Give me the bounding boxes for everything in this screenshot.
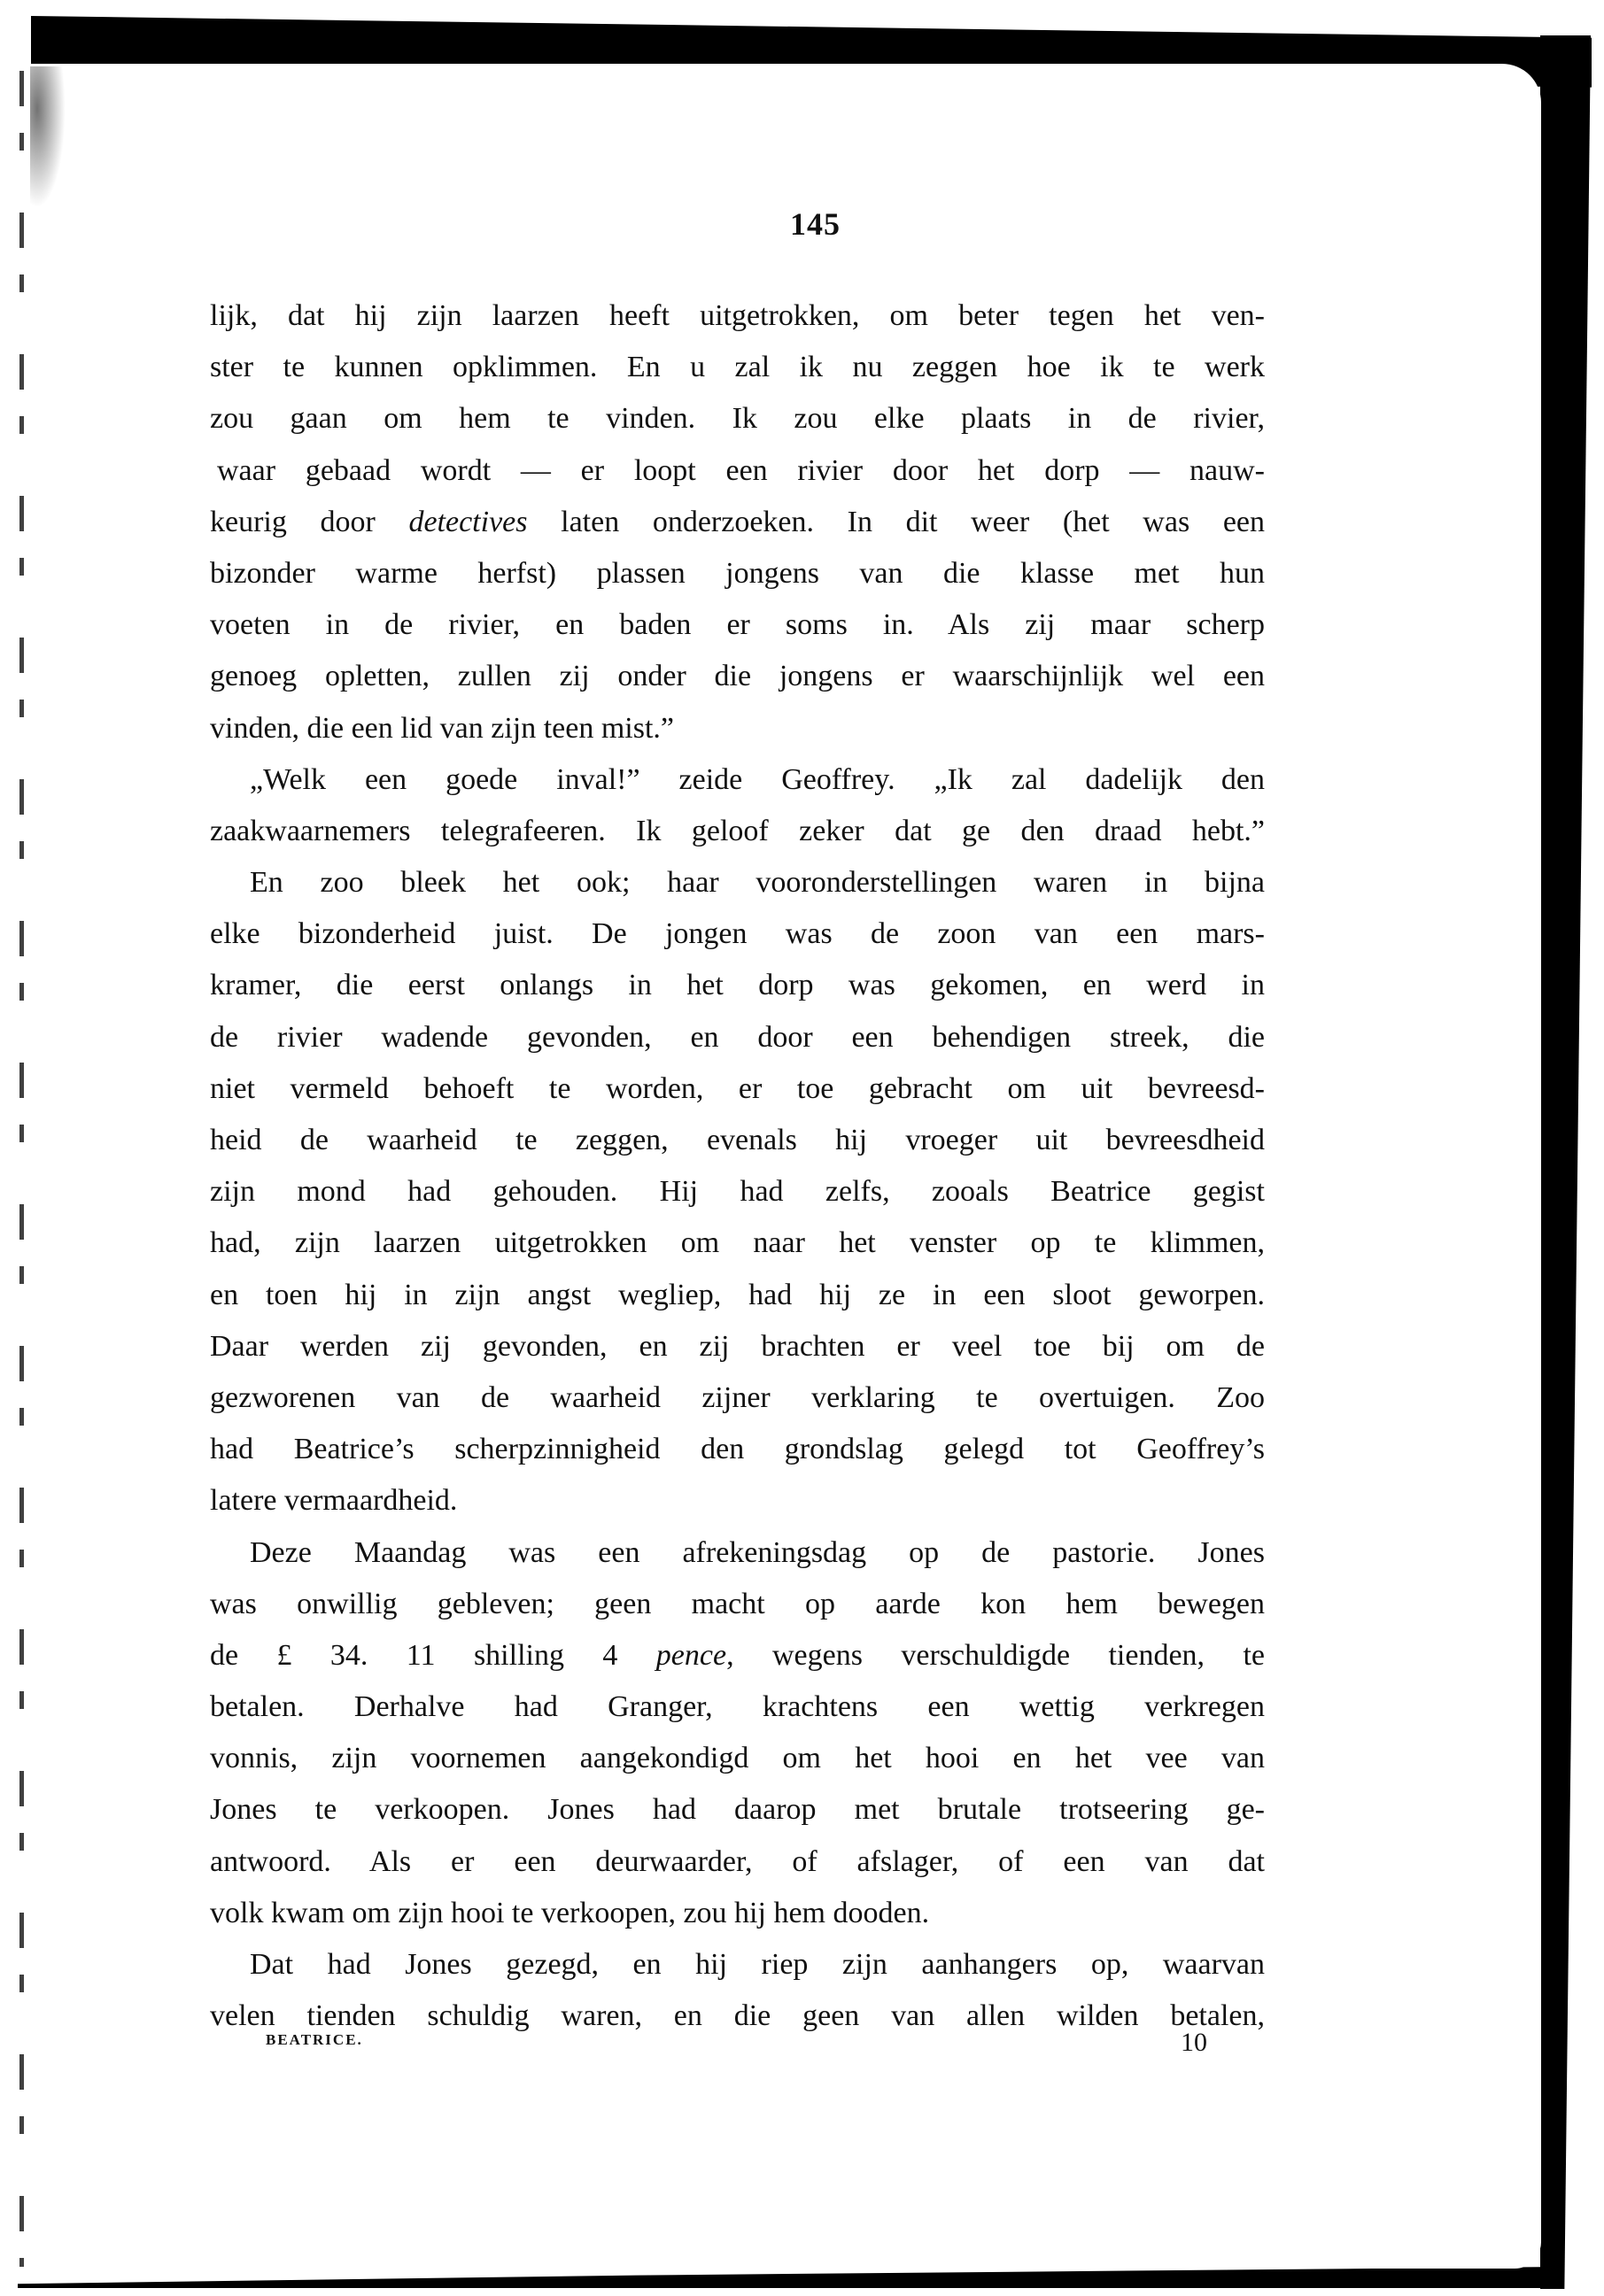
text-line: de rivier wadende gevonden, en door een … — [210, 1012, 1265, 1063]
text-segment: niet vermeld behoeft te worden, er toe g… — [210, 1072, 1265, 1105]
text-segment: zaakwaarnemers telegrafeeren. Ik geloof … — [210, 815, 1265, 847]
text-line: heid de waarheid te zeggen, evenals hij … — [210, 1115, 1265, 1166]
scan-border-right — [1540, 35, 1591, 2289]
text-segment: genoeg opletten, zullen zij onder die jo… — [210, 660, 1265, 692]
text-segment: gezworenen van de waarheid zijner verkla… — [210, 1381, 1265, 1414]
text-segment: en toen hij in zijn angst wegliep, had h… — [210, 1279, 1265, 1311]
scan-smudge — [30, 66, 66, 208]
text-segment: Daar werden zij gevonden, en zij brachte… — [210, 1330, 1265, 1363]
text-line: kramer, die eerst onlangs in het dorp wa… — [210, 960, 1265, 1011]
text-line: ster te kunnen opklimmen. En u zal ik nu… — [210, 342, 1265, 393]
text-segment: zijn mond had gehouden. Hij had zelfs, z… — [210, 1175, 1265, 1208]
text-segment: vinden, die een lid van zijn teen mist.” — [210, 712, 674, 745]
text-line: had, zijn laarzen uitgetrokken om naar h… — [210, 1218, 1265, 1269]
text-line: zaakwaarnemers telegrafeeren. Ik geloof … — [210, 806, 1265, 857]
text-segment: had Beatrice’s scherpzinnigheid den gron… — [210, 1433, 1265, 1465]
italic-word: pence — [656, 1639, 726, 1672]
text-line: latere vermaardheid. — [210, 1475, 1265, 1527]
text-segment: bizonder warme herfst) plassen jongens v… — [210, 557, 1265, 590]
text-segment: keurig door — [210, 506, 408, 538]
text-segment: latere vermaardheid. — [210, 1484, 457, 1517]
text-line: zijn mond had gehouden. Hij had zelfs, z… — [210, 1166, 1265, 1218]
text-line: en toen hij in zijn angst wegliep, had h… — [210, 1270, 1265, 1321]
text-segment: waar gebaad wordt — er loopt een rivier … — [217, 454, 1265, 487]
text-segment: kramer, die eerst onlangs in het dorp wa… — [210, 969, 1265, 1001]
text-line: bizonder warme herfst) plassen jongens v… — [210, 548, 1265, 599]
text-line: de £ 34. 11 shilling 4 pence, wegens ver… — [210, 1630, 1265, 1681]
text-line: voeten in de rivier, en baden er soms in… — [210, 599, 1265, 651]
text-segment: velen tienden schuldig waren, en die gee… — [210, 1999, 1265, 2032]
text-line: Jones te verkoopen. Jones had daarop met… — [210, 1784, 1265, 1836]
text-segment: En zoo bleek het ook; haar vooronderstel… — [250, 866, 1265, 899]
text-segment: elke bizonderheid juist. De jongen was d… — [210, 917, 1265, 950]
text-line: volk kwam om zijn hooi te verkoopen, zou… — [210, 1888, 1265, 1939]
text-line: betalen. Derhalve had Granger, krachtens… — [210, 1681, 1265, 1733]
text-line: zou gaan om hem te vinden. Ik zou elke p… — [210, 393, 1265, 445]
text-line: lijk, dat hij zijn laarzen heeft uitgetr… — [210, 290, 1265, 342]
footer-sheet-number: 10 — [1181, 2028, 1207, 2058]
text-line: niet vermeld behoeft te worden, er toe g… — [210, 1063, 1265, 1115]
footer-signature: BEATRICE. — [266, 2031, 363, 2049]
italic-word: detectives — [408, 506, 527, 538]
text-segment: laten onderzoeken. In dit weer (het was … — [527, 506, 1265, 538]
body-text: lijk, dat hij zijn laarzen heeft uitgetr… — [210, 290, 1265, 2042]
text-segment: de £ 34. 11 shilling 4 — [210, 1639, 656, 1672]
text-segment: betalen. Derhalve had Granger, krachtens… — [210, 1690, 1265, 1723]
text-line: gezworenen van de waarheid zijner verkla… — [210, 1372, 1265, 1424]
text-segment: Jones te verkoopen. Jones had daarop met… — [210, 1793, 1265, 1826]
text-line: keurig door detectives laten onderzoeken… — [210, 497, 1265, 548]
text-segment: zou gaan om hem te vinden. Ik zou elke p… — [210, 402, 1265, 435]
scan-border-left — [19, 71, 24, 2267]
text-line: waar gebaad wordt — er loopt een rivier … — [210, 445, 1265, 497]
text-segment: was onwillig gebleven; geen macht op aar… — [210, 1588, 1265, 1620]
text-line: En zoo bleek het ook; haar vooronderstel… — [210, 857, 1265, 908]
text-line: vonnis, zijn voornemen aangekondigd om h… — [210, 1733, 1265, 1784]
text-line: Dat had Jones gezegd, en hij riep zijn a… — [210, 1939, 1265, 1991]
text-line: Deze Maandag was een afrekeningsdag op d… — [210, 1527, 1265, 1579]
text-segment: antwoord. Als er een deurwaarder, of afs… — [210, 1845, 1265, 1878]
text-segment: voeten in de rivier, en baden er soms in… — [210, 608, 1265, 641]
text-line: had Beatrice’s scherpzinnigheid den gron… — [210, 1424, 1265, 1475]
text-line: vinden, die een lid van zijn teen mist.” — [210, 703, 1265, 754]
text-line: genoeg opletten, zullen zij onder die jo… — [210, 651, 1265, 702]
text-segment: de rivier wadende gevonden, en door een … — [210, 1021, 1265, 1054]
page-number: 145 — [0, 205, 1604, 243]
text-line: velen tienden schuldig waren, en die gee… — [210, 1991, 1265, 2042]
text-segment: Dat had Jones gezegd, en hij riep zijn a… — [250, 1948, 1265, 1981]
text-segment: lijk, dat hij zijn laarzen heeft uitgetr… — [210, 299, 1265, 332]
text-segment: „Welk een goede inval!” zeide Geoffrey. … — [250, 763, 1265, 796]
text-line: „Welk een goede inval!” zeide Geoffrey. … — [210, 754, 1265, 806]
text-segment: ster te kunnen opklimmen. En u zal ik nu… — [210, 351, 1265, 383]
text-segment: , wegens verschuldigde tienden, te — [726, 1639, 1265, 1672]
text-segment: heid de waarheid te zeggen, evenals hij … — [210, 1124, 1265, 1156]
text-line: antwoord. Als er een deurwaarder, of afs… — [210, 1836, 1265, 1888]
scan-border-bottom — [18, 2267, 1564, 2288]
text-line: was onwillig gebleven; geen macht op aar… — [210, 1579, 1265, 1630]
text-segment: volk kwam om zijn hooi te verkoopen, zou… — [210, 1897, 929, 1929]
text-segment: Deze Maandag was een afrekeningsdag op d… — [250, 1536, 1265, 1569]
text-segment: had, zijn laarzen uitgetrokken om naar h… — [210, 1226, 1265, 1259]
text-line: Daar werden zij gevonden, en zij brachte… — [210, 1321, 1265, 1372]
text-segment: vonnis, zijn voornemen aangekondigd om h… — [210, 1742, 1265, 1774]
text-line: elke bizonderheid juist. De jongen was d… — [210, 908, 1265, 960]
